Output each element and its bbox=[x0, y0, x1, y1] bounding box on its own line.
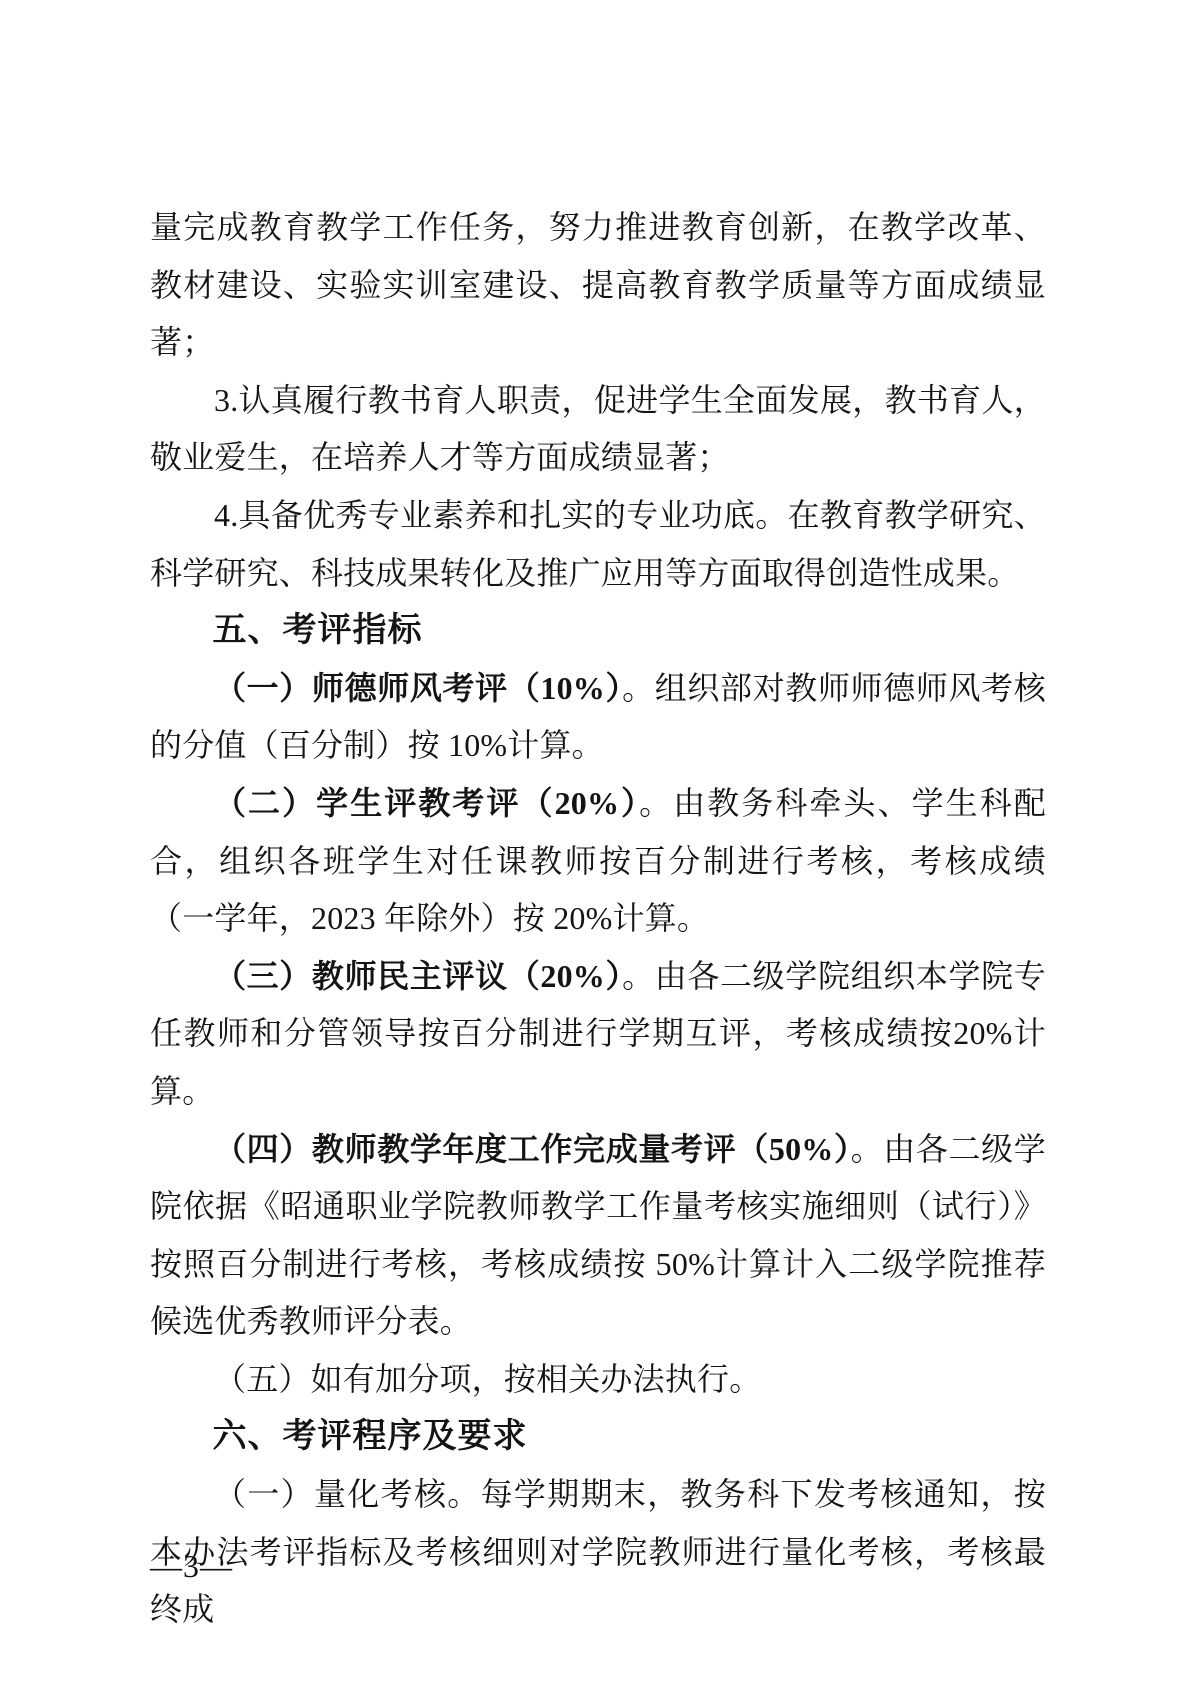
page-number: —3— bbox=[150, 1541, 233, 1591]
paragraph: （四）教师教学年度工作完成量考评（50%）。由各二级学院依据《昭通职业学院教师教… bbox=[150, 1121, 1046, 1351]
section-heading: 六、考评程序及要求 bbox=[150, 1408, 1046, 1466]
paragraph: （三）教师民主评议（20%）。由各二级学院组织本学院专任教师和分管领导按百分制进… bbox=[150, 948, 1046, 1121]
item-lead: （一）师德师风考评（10%） bbox=[214, 670, 622, 706]
paragraph: 3.认真履行教书育人职责，促进学生全面发展，教书育人，敬业爱生，在培养人才等方面… bbox=[150, 372, 1046, 487]
item-lead: （一）量化考核。 bbox=[214, 1476, 481, 1512]
paragraph: （二）学生评教考评（20%）。由教务科牵头、学生科配合，组织各班学生对任课教师按… bbox=[150, 775, 1046, 948]
paragraph: 4.具备优秀专业素养和扎实的专业功底。在教育教学研究、科学研究、科技成果转化及推… bbox=[150, 487, 1046, 602]
paragraph: 量完成教育教学工作任务，努力推进教育创新，在教学改革、教材建设、实验实训室建设、… bbox=[150, 199, 1046, 372]
document-body: 量完成教育教学工作任务，努力推进教育创新，在教学改革、教材建设、实验实训室建设、… bbox=[150, 199, 1046, 1639]
paragraph: （五）如有加分项，按相关办法执行。 bbox=[150, 1351, 1046, 1409]
paragraph: （一）师德师风考评（10%）。组织部对教师师德师风考核的分值（百分制）按 10%… bbox=[150, 660, 1046, 775]
section-heading: 五、考评指标 bbox=[150, 602, 1046, 660]
paragraph: （一）量化考核。每学期期末，教务科下发考核通知，按本办法考评指标及考核细则对学院… bbox=[150, 1466, 1046, 1639]
item-lead: （二）学生评教考评（20%） bbox=[214, 785, 639, 821]
item-lead: （四）教师教学年度工作完成量考评（50%） bbox=[214, 1131, 851, 1167]
document-page: 量完成教育教学工作任务，努力推进教育创新，在教学改革、教材建设、实验实训室建设、… bbox=[0, 0, 1191, 1684]
item-lead: （三）教师民主评议（20%） bbox=[214, 958, 622, 994]
